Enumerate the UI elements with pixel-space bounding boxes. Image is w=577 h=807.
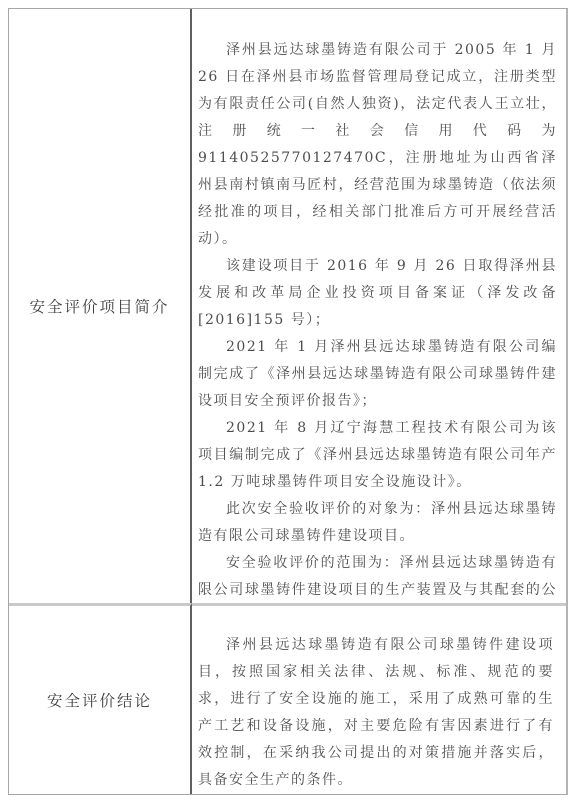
paragraph-evaluation-scope: 安全验收评价的范围为：泽州县远达球墨铸造有限公司球墨铸件建设项目的生产装置及与其… <box>198 550 557 603</box>
conclusion-content-cell: 泽州县远达球墨铸造有限公司球墨铸件建设项目，按照国家相关法律、法规、标准、规范的… <box>192 603 566 794</box>
paragraph-safety-facility-design: 2021 年 8 月辽宁海慧工程技术有限公司为该项目编制完成了《泽州县远达球墨铸… <box>198 415 557 496</box>
safety-evaluation-table: 安全评价项目简介 泽州县远达球墨铸造有限公司于 2005 年 1 月 26 日在… <box>8 8 568 795</box>
row-label-cell-project-brief: 安全评价项目简介 <box>9 9 192 603</box>
paragraph-conclusion: 泽州县远达球墨铸造有限公司球墨铸件建设项目，按照国家相关法律、法规、标准、规范的… <box>198 632 554 794</box>
project-brief-label: 安全评价项目简介 <box>29 295 169 317</box>
project-brief-content-cell: 泽州县远达球墨铸造有限公司于 2005 年 1 月 26 日在泽州县市场监督管理… <box>192 9 566 603</box>
document-page: 安全评价项目简介 泽州县远达球墨铸造有限公司于 2005 年 1 月 26 日在… <box>0 0 577 807</box>
conclusion-label: 安全评价结论 <box>47 689 152 711</box>
row-label-cell-conclusion: 安全评价结论 <box>9 603 192 794</box>
paragraph-project-filing: 该建设项目于 2016 年 9 月 26 日取得泽州县发展和改革局企业投资项目备… <box>198 253 557 334</box>
paragraph-company-registration: 泽州县远达球墨铸造有限公司于 2005 年 1 月 26 日在泽州县市场监督管理… <box>198 37 557 253</box>
paragraph-evaluation-object: 此次安全验收评价的对象为：泽州县远达球墨铸造有限公司球墨铸件建设项目。 <box>198 496 557 550</box>
paragraph-pre-evaluation-report: 2021 年 1 月泽州县远达球墨铸造有限公司编制完成了《泽州县远达球墨铸造有限… <box>198 334 557 415</box>
